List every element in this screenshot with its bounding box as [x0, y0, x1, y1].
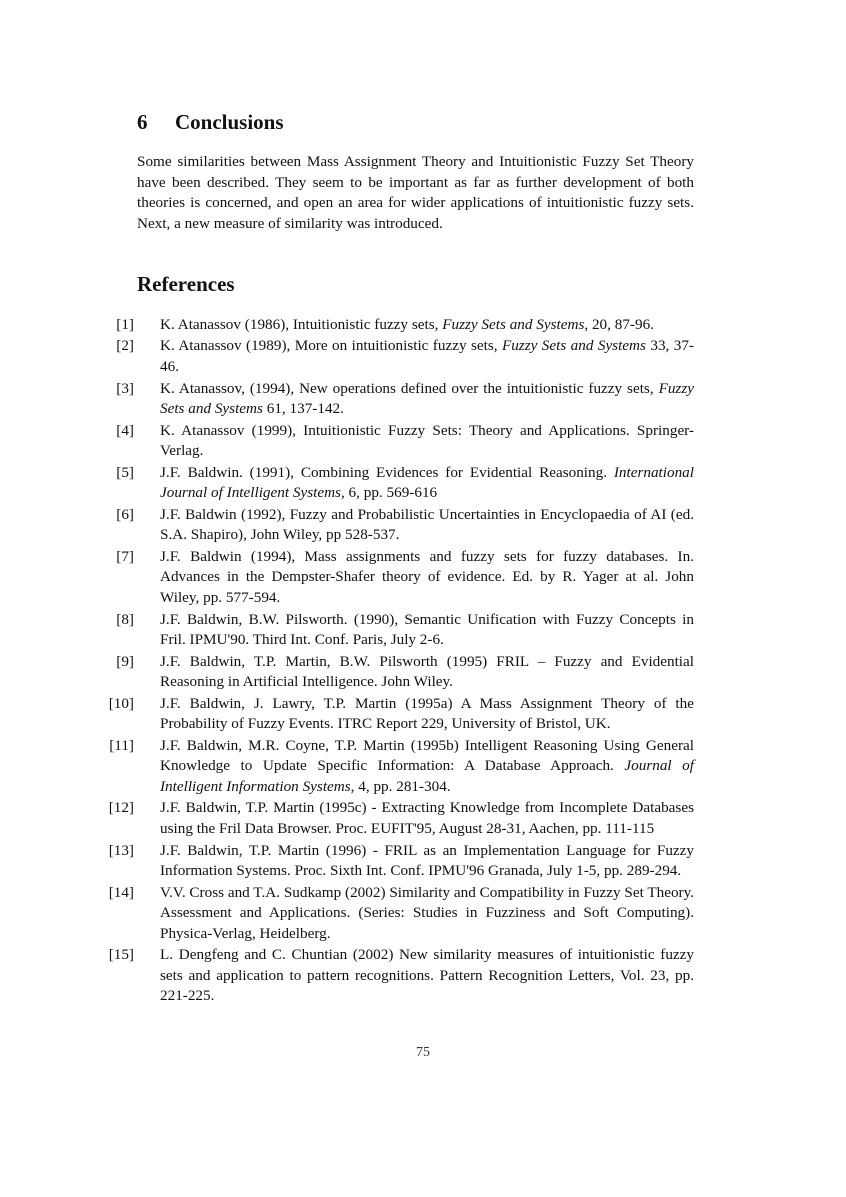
reference-item: [7] J.F. Baldwin (1994), Mass assignment…	[100, 547, 694, 609]
reference-text: J.F. Baldwin, T.P. Martin (1995c) - Extr…	[160, 798, 694, 839]
reference-item: [9] J.F. Baldwin, T.P. Martin, B.W. Pils…	[100, 652, 694, 693]
reference-label: [10]	[100, 694, 134, 735]
reference-text: L. Dengfeng and C. Chuntian (2002) New s…	[160, 945, 694, 1007]
document-page: 6Conclusions Some similarities between M…	[0, 0, 846, 1197]
reference-list: [1] K. Atanassov (1986), Intuitionistic …	[100, 315, 694, 1008]
conclusion-paragraph: Some similarities between Mass Assignmen…	[137, 152, 694, 234]
reference-text: J.F. Baldwin (1994), Mass assignments an…	[160, 547, 694, 609]
reference-item: [15] L. Dengfeng and C. Chuntian (2002) …	[100, 945, 694, 1007]
reference-text: J.F. Baldwin, B.W. Pilsworth. (1990), Se…	[160, 610, 694, 651]
reference-text: K. Atanassov, (1994), New operations def…	[160, 379, 694, 420]
reference-item: [1] K. Atanassov (1986), Intuitionistic …	[100, 315, 694, 336]
reference-item: [14] V.V. Cross and T.A. Sudkamp (2002) …	[100, 883, 694, 945]
reference-label: [5]	[100, 463, 134, 504]
reference-label: [11]	[100, 736, 134, 798]
reference-item: [2] K. Atanassov (1989), More on intuiti…	[100, 336, 694, 377]
reference-label: [6]	[100, 505, 134, 546]
reference-label: [1]	[100, 315, 134, 336]
reference-text: J.F. Baldwin, M.R. Coyne, T.P. Martin (1…	[160, 736, 694, 798]
reference-text: J.F. Baldwin, J. Lawry, T.P. Martin (199…	[160, 694, 694, 735]
reference-item: [3] K. Atanassov, (1994), New operations…	[100, 379, 694, 420]
reference-item: [4] K. Atanassov (1999), Intuitionistic …	[100, 421, 694, 462]
section-title: Conclusions	[175, 110, 284, 134]
reference-journal: Fuzzy Sets and Systems	[502, 337, 646, 354]
reference-text: K. Atanassov (1989), More on intuitionis…	[160, 336, 694, 377]
reference-text: V.V. Cross and T.A. Sudkamp (2002) Simil…	[160, 883, 694, 945]
reference-item: [12] J.F. Baldwin, T.P. Martin (1995c) -…	[100, 798, 694, 839]
reference-text: K. Atanassov (1986), Intuitionistic fuzz…	[160, 315, 694, 336]
reference-label: [2]	[100, 336, 134, 377]
reference-label: [14]	[100, 883, 134, 945]
reference-journal: Fuzzy Sets and Systems	[442, 316, 584, 333]
reference-label: [8]	[100, 610, 134, 651]
reference-text: J.F. Baldwin (1992), Fuzzy and Probabili…	[160, 505, 694, 546]
reference-item: [13] J.F. Baldwin, T.P. Martin (1996) - …	[100, 841, 694, 882]
reference-item: [5] J.F. Baldwin. (1991), Combining Evid…	[100, 463, 694, 504]
reference-label: [12]	[100, 798, 134, 839]
reference-text: J.F. Baldwin, T.P. Martin (1996) - FRIL …	[160, 841, 694, 882]
reference-label: [13]	[100, 841, 134, 882]
reference-item: [10] J.F. Baldwin, J. Lawry, T.P. Martin…	[100, 694, 694, 735]
reference-label: [7]	[100, 547, 134, 609]
reference-item: [6] J.F. Baldwin (1992), Fuzzy and Proba…	[100, 505, 694, 546]
reference-label: [3]	[100, 379, 134, 420]
reference-label: [15]	[100, 945, 134, 1007]
reference-item: [11] J.F. Baldwin, M.R. Coyne, T.P. Mart…	[100, 736, 694, 798]
reference-label: [9]	[100, 652, 134, 693]
reference-item: [8] J.F. Baldwin, B.W. Pilsworth. (1990)…	[100, 610, 694, 651]
section-heading: 6Conclusions	[137, 108, 284, 136]
references-heading: References	[137, 270, 235, 298]
reference-text: K. Atanassov (1999), Intuitionistic Fuzz…	[160, 421, 694, 462]
reference-text: J.F. Baldwin. (1991), Combining Evidence…	[160, 463, 694, 504]
reference-text: J.F. Baldwin, T.P. Martin, B.W. Pilswort…	[160, 652, 694, 693]
section-number: 6	[137, 108, 175, 136]
page-number: 75	[0, 1043, 846, 1063]
reference-label: [4]	[100, 421, 134, 462]
